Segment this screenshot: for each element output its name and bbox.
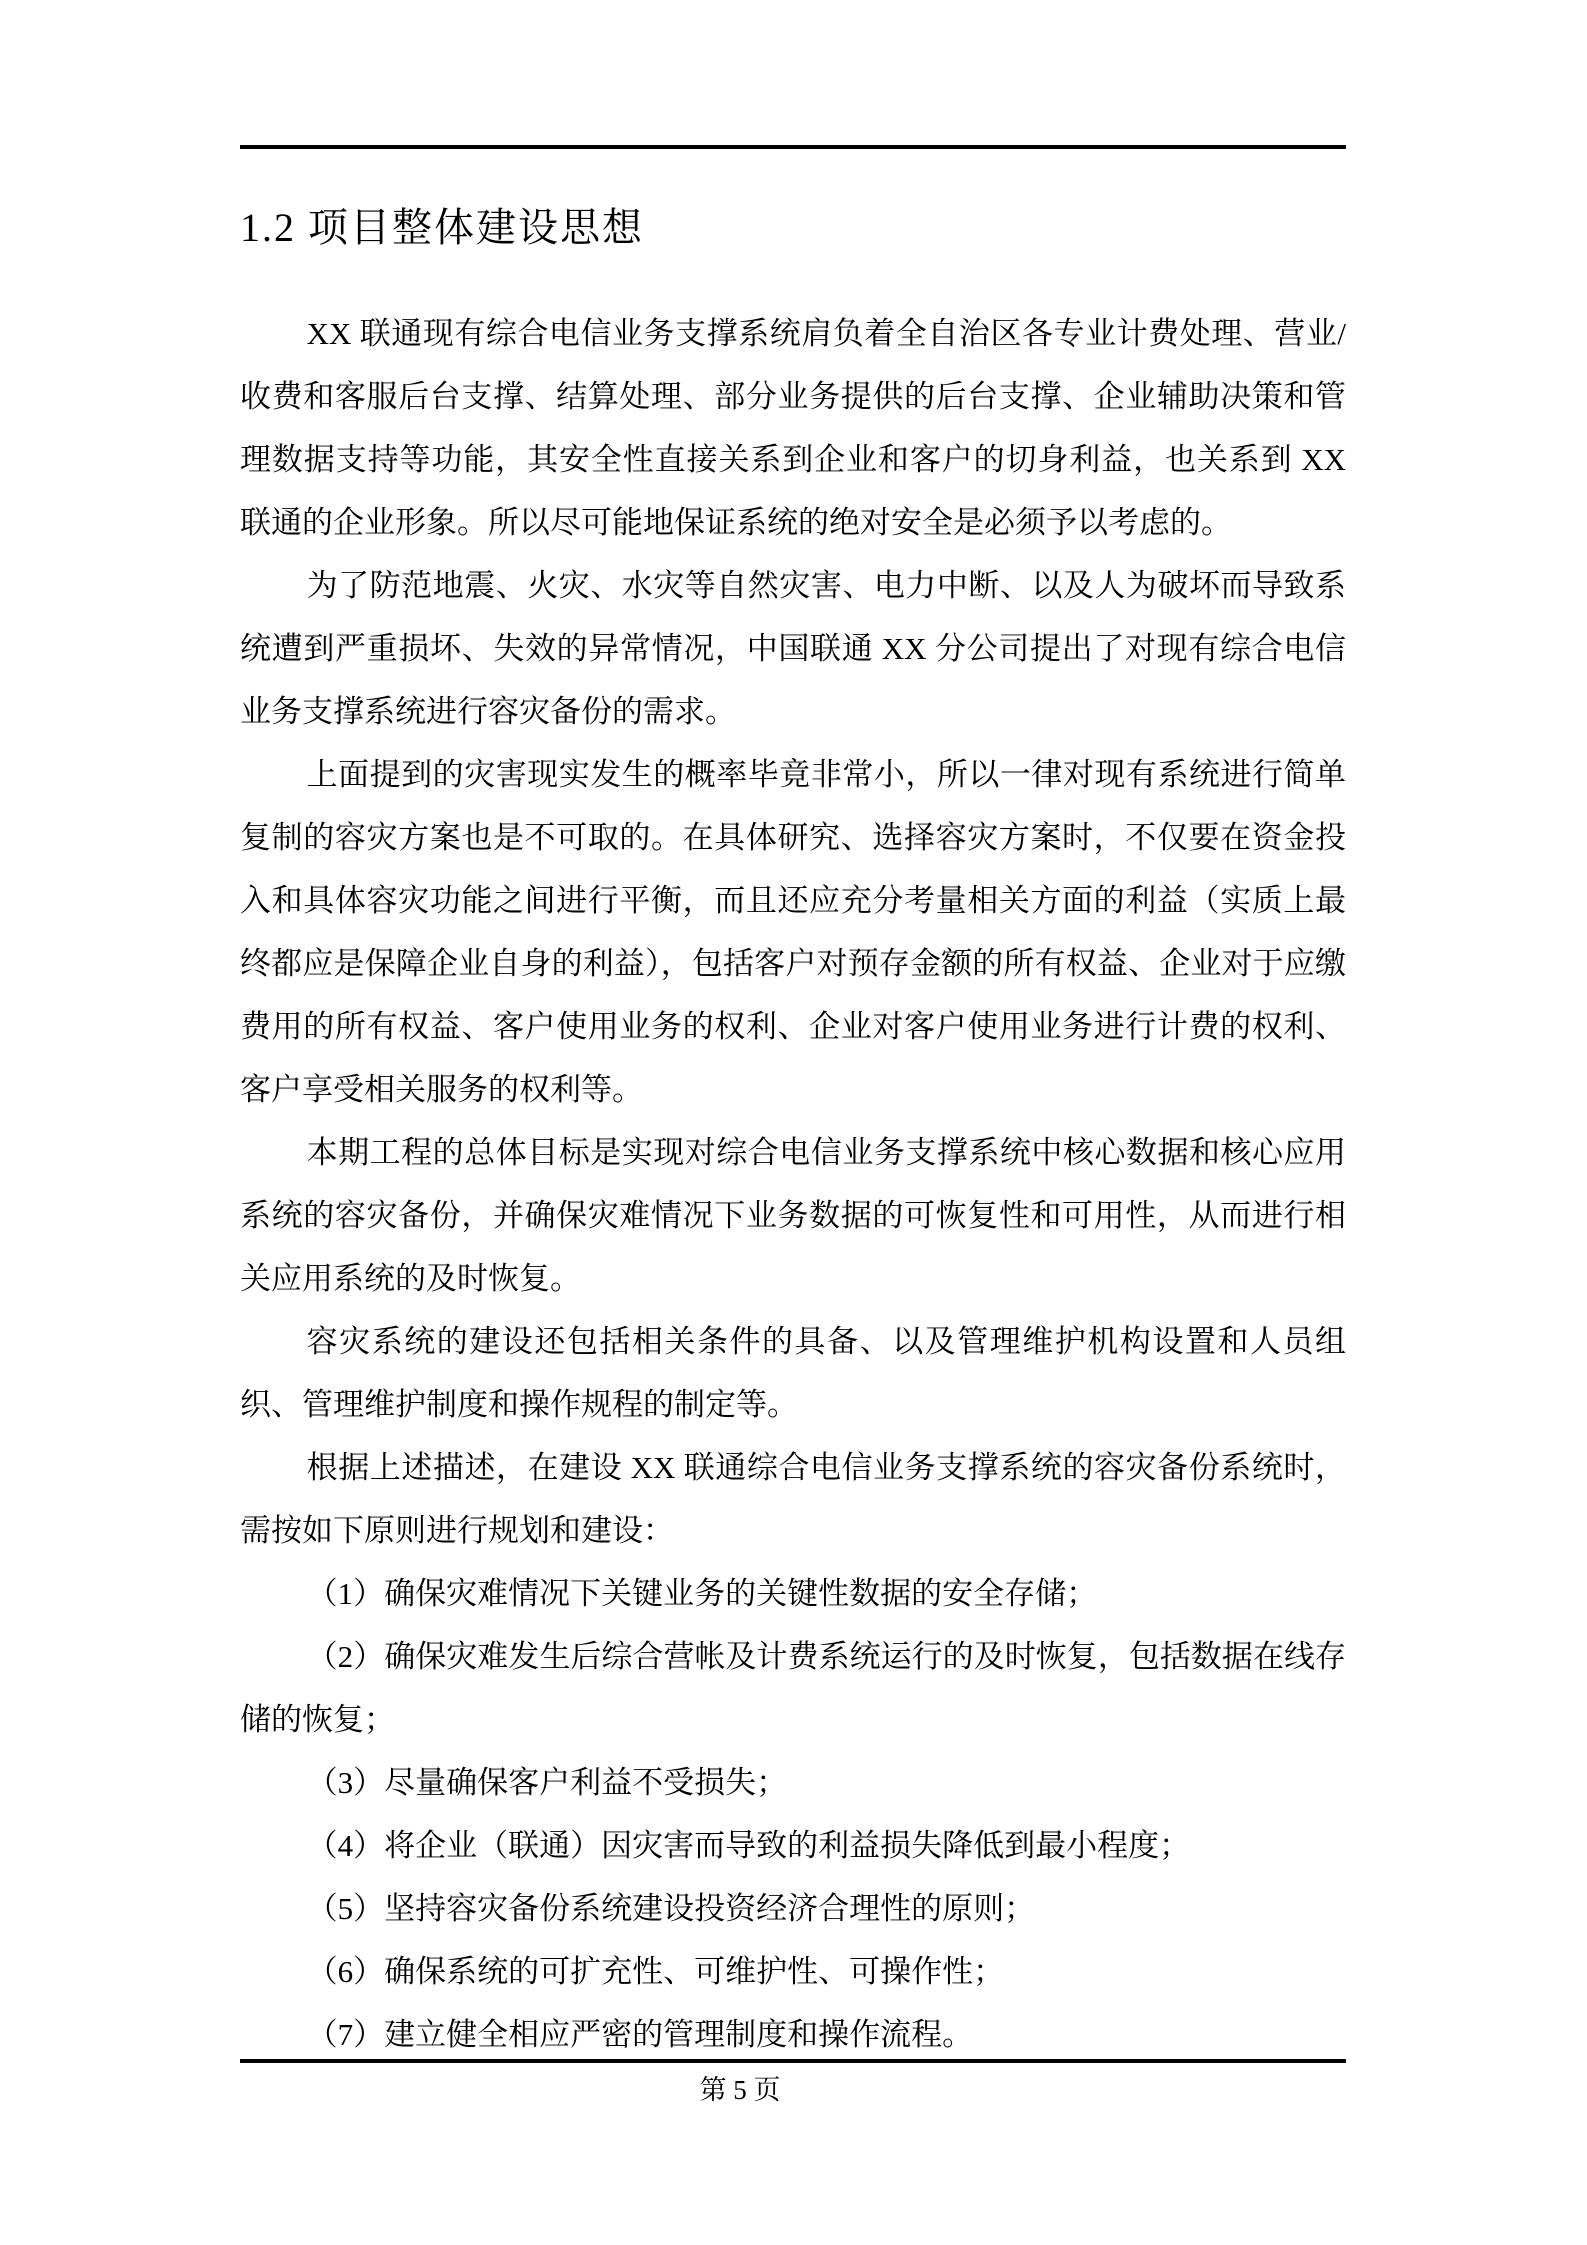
paragraph: XX 联通现有综合电信业务支撑系统肩负着全自治区各专业计费处理、营业/收费和客服… [240,302,1346,554]
body-text: XX 联通现有综合电信业务支撑系统肩负着全自治区各专业计费处理、营业/收费和客服… [240,302,1346,2066]
page-number: 第 5 页 [240,2072,1240,2108]
list-item: （1）确保灾难情况下关键业务的关键性数据的安全存储； [240,1562,1346,1625]
list-item: （4）将企业（联通）因灾害而导致的利益损失降低到最小程度； [240,1814,1346,1877]
footer-rule [240,2059,1346,2063]
list-item: （6）确保系统的可扩充性、可维护性、可操作性； [240,1940,1346,2003]
page-content: 1.2 项目整体建设思想 XX 联通现有综合电信业务支撑系统肩负着全自治区各专业… [240,0,1346,2066]
paragraph: 本期工程的总体目标是实现对综合电信业务支撑系统中核心数据和核心应用系统的容灾备份… [240,1121,1346,1310]
list-item: （7）建立健全相应严密的管理制度和操作流程。 [240,2003,1346,2066]
paragraph: 根据上述描述，在建设 XX 联通综合电信业务支撑系统的容灾备份系统时，需按如下原… [240,1436,1346,1562]
section-heading: 1.2 项目整体建设思想 [240,203,1346,253]
list-item: （2）确保灾难发生后综合营帐及计费系统运行的及时恢复，包括数据在线存储的恢复； [240,1625,1346,1751]
paragraph: 上面提到的灾害现实发生的概率毕竟非常小，所以一律对现有系统进行简单复制的容灾方案… [240,743,1346,1121]
paragraph: 容灾系统的建设还包括相关条件的具备、以及管理维护机构设置和人员组织、管理维护制度… [240,1310,1346,1436]
list-item: （5）坚持容灾备份系统建设投资经济合理性的原则； [240,1877,1346,1940]
document-page: 1.2 项目整体建设思想 XX 联通现有综合电信业务支撑系统肩负着全自治区各专业… [0,0,1587,2245]
paragraph: 为了防范地震、火灾、水灾等自然灾害、电力中断、以及人为破坏而导致系统遭到严重损坏… [240,554,1346,743]
list-item: （3）尽量确保客户利益不受损失； [240,1751,1346,1814]
